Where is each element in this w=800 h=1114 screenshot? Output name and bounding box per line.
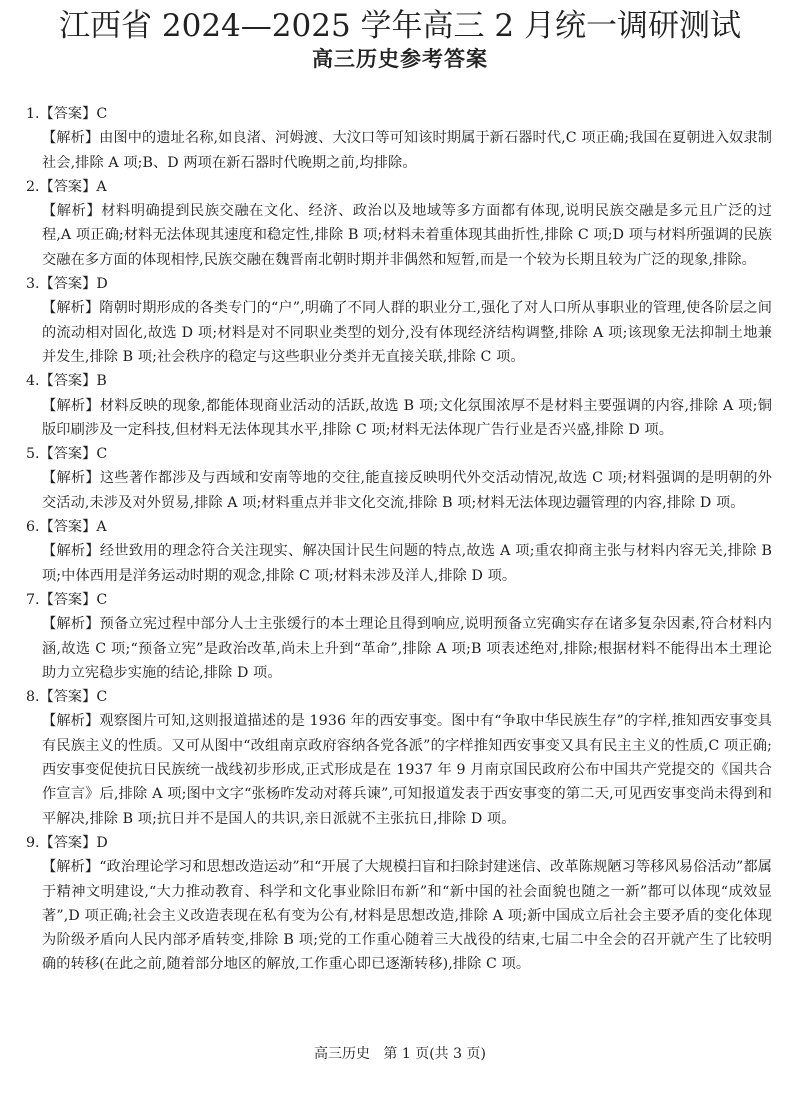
question-number: 5.	[26, 446, 40, 462]
question-number: 2.	[26, 179, 40, 195]
answer-value: C	[96, 446, 107, 462]
answer-label: 【答案】	[40, 179, 97, 195]
analysis-text: 材料明确提到民族交融在文化、经济、政治以及地域等多方面都有体现,说明民族交融是多…	[42, 203, 772, 268]
answer-value: C	[96, 592, 107, 608]
document-subtitle: 高三历史参考答案	[0, 44, 800, 74]
question-number: 9.	[26, 835, 40, 851]
analysis-label: 【解析】	[42, 616, 100, 632]
analysis-text: 观察图片可知,这则报道描述的是 1936 年的西安事变。图中有“争取中华民族生存…	[42, 713, 772, 826]
analysis-label: 【解析】	[42, 398, 100, 414]
analysis-text: 隋朝时期形成的各类专门的“户”,明确了不同人群的职业分工,强化了对人口所从事职业…	[42, 300, 772, 365]
question-9: 9.【答案】D 【解析】“政治理论学习和思想改造运动”和“开展了大规模扫盲和扫除…	[26, 831, 772, 977]
question-number: 3.	[26, 276, 40, 292]
analysis-text: 材料反映的现象,都能体现商业活动的活跃,故选 B 项;文化氛围浓厚不是材料主要强…	[42, 398, 772, 438]
document-title: 江西省 2024—2025 学年高三 2 月统一调研测试	[0, 4, 800, 48]
question-number: 8.	[26, 689, 40, 705]
page-footer: 高三历史 第 1 页(共 3 页)	[0, 1044, 800, 1064]
question-number: 4.	[26, 373, 40, 389]
answer-value: A	[96, 519, 106, 535]
question-7: 7.【答案】C 【解析】预备立宪过程中部分人士主张缓行的本土理论且得到响应,说明…	[26, 588, 772, 685]
question-5: 5.【答案】C 【解析】这些著作都涉及与西域和安南等地的交往,能直接反映明代外交…	[26, 442, 772, 515]
analysis-text: 预备立宪过程中部分人士主张缓行的本土理论且得到响应,说明预备立宪确实存在诸多复杂…	[42, 616, 772, 681]
answer-label: 【答案】	[40, 446, 97, 462]
analysis-text: “政治理论学习和思想改造运动”和“开展了大规模扫盲和扫除封建迷信、改革陈规陋习等…	[42, 859, 772, 972]
analysis-text: 这些著作都涉及与西域和安南等地的交往,能直接反映明代外交活动情况,故选 C 项;…	[42, 470, 772, 510]
analysis-text: 经世致用的理念符合关注现实、解决国计民生问题的特点,故选 A 项;重农抑商主张与…	[42, 543, 772, 583]
answer-value: D	[96, 835, 107, 851]
analysis-label: 【解析】	[42, 300, 99, 316]
question-2: 2.【答案】A 【解析】材料明确提到民族交融在文化、经济、政治以及地域等多方面都…	[26, 175, 772, 272]
answer-label: 【答案】	[40, 373, 97, 389]
answer-label: 【答案】	[40, 592, 97, 608]
question-1: 1.【答案】C 【解析】由图中的遗址名称,如良渚、河姆渡、大汶口等可知该时期属于…	[26, 102, 772, 175]
question-number: 6.	[26, 519, 40, 535]
analysis-label: 【解析】	[42, 130, 99, 146]
question-number: 1.	[26, 106, 40, 122]
answer-value: C	[96, 689, 107, 705]
analysis-text: 由图中的遗址名称,如良渚、河姆渡、大汶口等可知该时期属于新石器时代,C 项正确;…	[42, 130, 772, 170]
answer-label: 【答案】	[40, 835, 97, 851]
answer-label: 【答案】	[40, 519, 97, 535]
answer-label: 【答案】	[40, 689, 97, 705]
question-number: 7.	[26, 592, 40, 608]
question-4: 4.【答案】B 【解析】材料反映的现象,都能体现商业活动的活跃,故选 B 项;文…	[26, 369, 772, 442]
answer-value: D	[96, 276, 107, 292]
question-3: 3.【答案】D 【解析】隋朝时期形成的各类专门的“户”,明确了不同人群的职业分工…	[26, 272, 772, 369]
answer-label: 【答案】	[40, 276, 97, 292]
answer-value: C	[96, 106, 107, 122]
analysis-label: 【解析】	[42, 713, 99, 729]
answer-list: 1.【答案】C 【解析】由图中的遗址名称,如良渚、河姆渡、大汶口等可知该时期属于…	[26, 102, 772, 977]
answer-value: A	[96, 179, 106, 195]
analysis-label: 【解析】	[42, 470, 100, 486]
question-8: 8.【答案】C 【解析】观察图片可知,这则报道描述的是 1936 年的西安事变。…	[26, 685, 772, 831]
analysis-label: 【解析】	[42, 859, 99, 875]
answer-value: B	[96, 373, 106, 389]
analysis-label: 【解析】	[42, 543, 100, 559]
answer-label: 【答案】	[40, 106, 97, 122]
question-6: 6.【答案】A 【解析】经世致用的理念符合关注现实、解决国计民生问题的特点,故选…	[26, 515, 772, 588]
analysis-label: 【解析】	[42, 203, 101, 219]
